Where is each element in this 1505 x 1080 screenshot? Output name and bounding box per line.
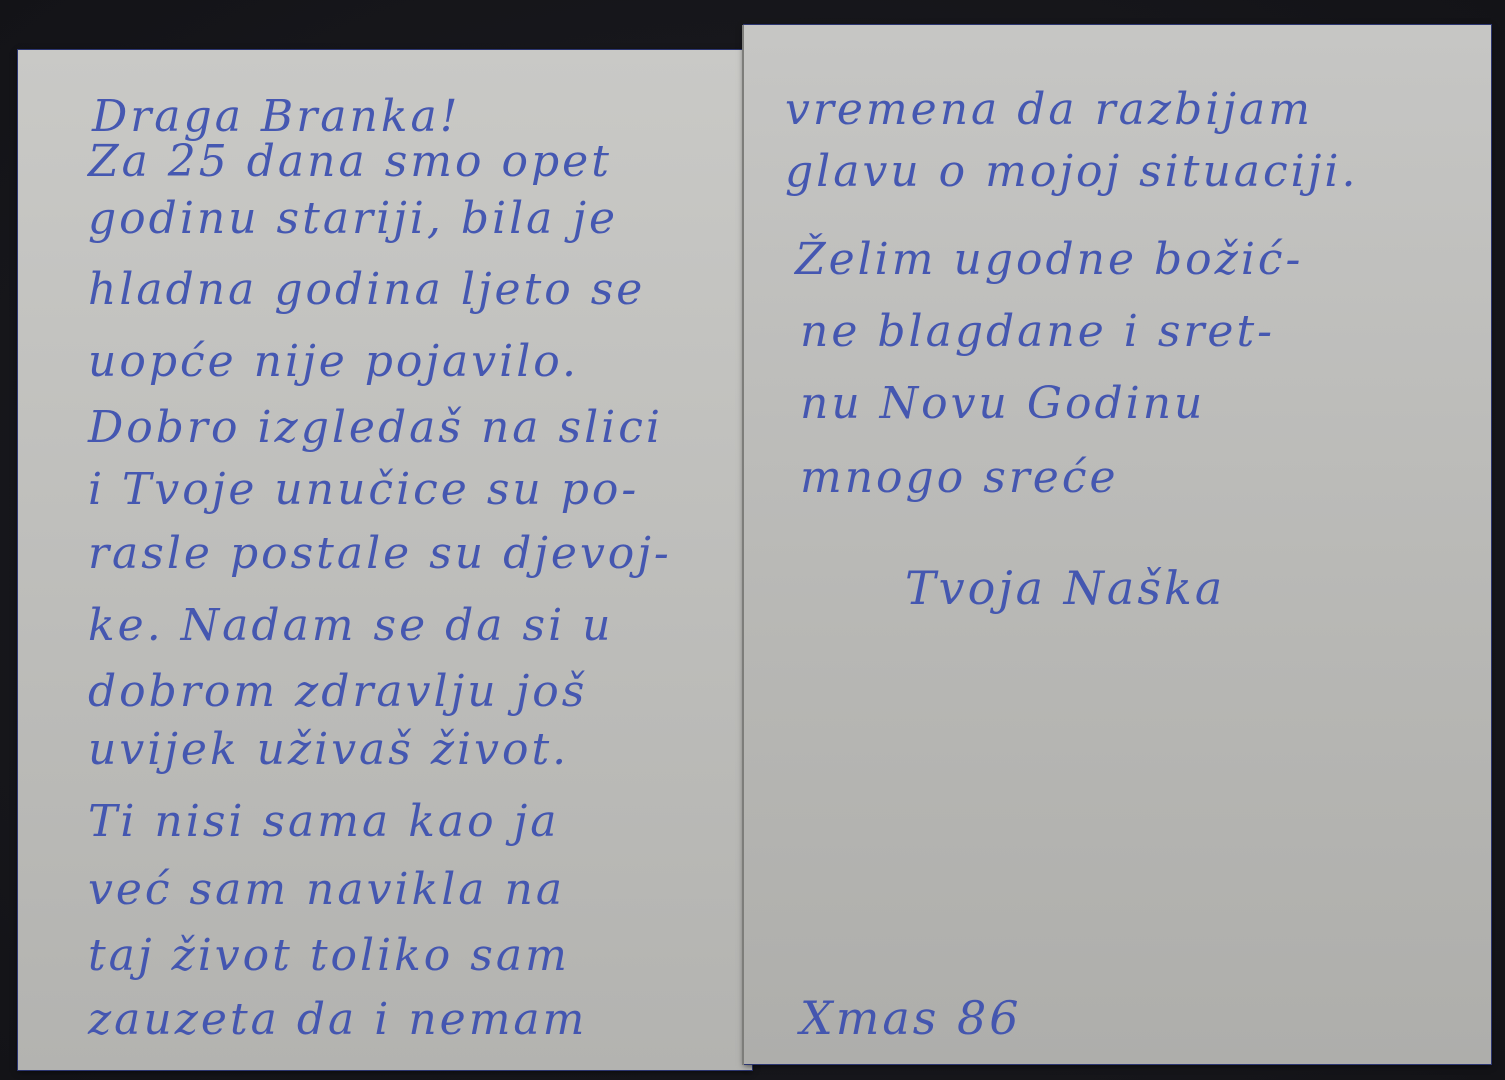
letter-line: Dobro izgledaš na slici xyxy=(88,406,663,450)
signature: Tvoja Naška xyxy=(905,565,1225,611)
letter-line: hladna godina ljeto se xyxy=(88,268,645,312)
letter-line: taj život toliko sam xyxy=(88,934,570,978)
letter-line: godinu stariji, bila je xyxy=(88,197,618,241)
letter-line: uvijek uživaš život. xyxy=(88,728,569,772)
letter-line: rasle postale su djevoj- xyxy=(88,532,672,576)
letter-greeting: Draga Branka! xyxy=(92,95,460,139)
letter-line: zauzeta da i nemam xyxy=(88,998,587,1042)
card-fold-line xyxy=(742,25,744,1065)
letter-line: glavu o mojoj situaciji. xyxy=(785,150,1358,194)
letter-line: ke. Nadam se da si u xyxy=(88,604,613,648)
letter-line: ne blagdane i sret- xyxy=(800,310,1275,354)
letter-line: dobrom zdravlju još xyxy=(88,670,587,714)
letter-line: vremena da razbijam xyxy=(785,88,1313,132)
letter-line: i Tvoje unučice su po- xyxy=(88,468,639,512)
letter-line: Želim ugodne božić- xyxy=(795,238,1303,282)
letter-date: Xmas 86 xyxy=(800,995,1022,1041)
letter-line: mnogo sreće xyxy=(800,456,1119,500)
letter-line: uopće nije pojavilo. xyxy=(88,340,579,384)
letter-line: nu Novu Godinu xyxy=(800,382,1205,426)
letter-line: Za 25 dana smo opet xyxy=(88,140,612,184)
letter-line: Ti nisi sama kao ja xyxy=(88,800,559,844)
letter-line: već sam navikla na xyxy=(88,868,565,912)
